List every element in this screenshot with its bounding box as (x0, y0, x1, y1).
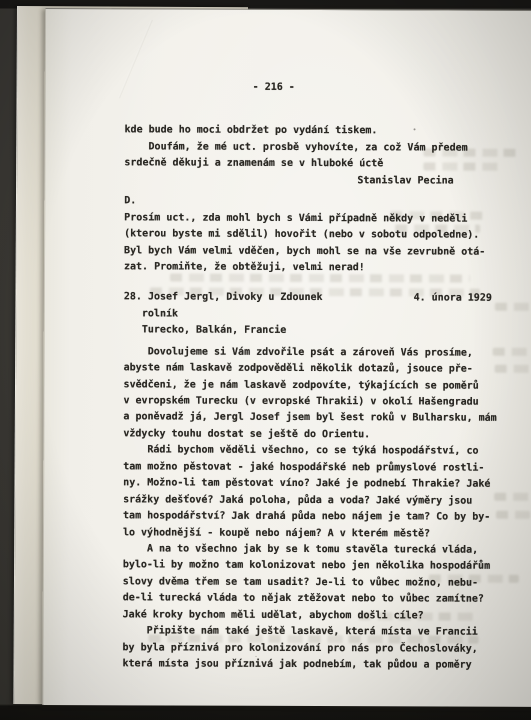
typewritten-text: - 216 - kde bude ho moci obdržet po vydá… (122, 79, 492, 674)
entry-body: Dovolujeme si Vám zdvořile psát a zárove… (122, 344, 491, 674)
page-number: - 216 - (253, 80, 493, 97)
text-line: Prosím uct., zda mohl bych s Vámi případ… (124, 210, 492, 228)
letter-closing: kde bude ho moci obdržet po vydání tiske… (124, 123, 492, 174)
text-line: vždycky touhu dostat se ještě do Orientu… (123, 426, 491, 444)
text-line: ny. Možno-li tam pěstovat víno? Jaké je … (123, 475, 491, 493)
signature: Stanislav Pecina (357, 173, 492, 190)
text-line: Rádi bychom věděli všechno, co se týká h… (123, 443, 491, 461)
entry-heading: 28. Josef Jergl, Divoky u Zdounek (124, 290, 323, 307)
text-line: tam hospodářství? Jak drahá půda nebo ná… (123, 508, 491, 526)
bleedthrough-mark (495, 365, 531, 373)
text-line: de-li turecká vláda to nějak ztěžovat ne… (123, 591, 491, 609)
text-line: v evropském Turecku (v evropské Thrakii)… (123, 393, 491, 411)
postscript-label: D. (124, 193, 492, 211)
text-line: srážky dešťové? Jaká poloha, půda a voda… (123, 492, 491, 510)
text-line: a poněvadž já, Jergl Josef jsem byl šest… (123, 410, 491, 428)
text-line: Byl bych Vám velmi vděčen, bych mohl se … (124, 243, 492, 261)
document-page: - 216 - kde bude ho moci obdržet po vydá… (42, 8, 531, 707)
bleedthrough-mark (494, 493, 530, 501)
text-line: Připište nám také ještě laskavě, která m… (123, 623, 491, 641)
text-line: svědčeni, že je nám laskavě zodpovíte, t… (124, 377, 492, 395)
text-line: která místa jsou příznivá jak podnebím, … (122, 656, 490, 674)
entry-date: 4. února 1929 (414, 291, 492, 308)
text-line: Doufám, že mé uct. prosbě vyhovíte, za c… (124, 139, 492, 157)
text-line: lo výhodnější - koupě nebo nájem? A v kt… (123, 525, 491, 543)
text-line: (kterou byste mi sdělil) hovořit (nebo v… (124, 226, 492, 244)
entry-topics: Turecko, Balkán, Francie (124, 323, 492, 341)
bleedthrough-mark (493, 348, 531, 356)
text-line: bylo-li by možno tam kolonizovat nebo je… (123, 558, 491, 576)
text-line: srdečně děkuji a znamenám se v hluboké ú… (124, 156, 492, 174)
text-line: slovy dvěma třem se tam usadit? Je-li to… (123, 574, 491, 592)
text-line: abyste nám laskavě zodpověděli několik d… (124, 360, 492, 378)
entry-heading-row: 28. Josef Jergl, Divoky u Zdounek 4. úno… (124, 290, 492, 308)
text-line: tam možno pěstovat - jaké hospodářské ne… (123, 459, 491, 477)
postscript: Prosím uct., zda mohl bych s Vámi případ… (124, 210, 492, 277)
text-line: Dovolujeme si Vám zdvořile psát a zárove… (124, 344, 492, 362)
text-line: zat. Promiňte, že obtěžuji, velmi nerad! (124, 259, 492, 277)
text-line: kde bude ho moci obdržet po vydání tiske… (124, 123, 492, 141)
text-line: A na to všechno jak by se k tomu stavěla… (123, 541, 491, 559)
entry-occupation: rolník (124, 306, 492, 324)
text-line: by byla příznivá pro kolonizování pro ná… (123, 640, 491, 658)
bleedthrough-mark (496, 511, 530, 519)
text-line: Jaké kroky bychom měli udělat, abychom d… (123, 607, 491, 625)
bleedthrough-mark (495, 303, 531, 311)
